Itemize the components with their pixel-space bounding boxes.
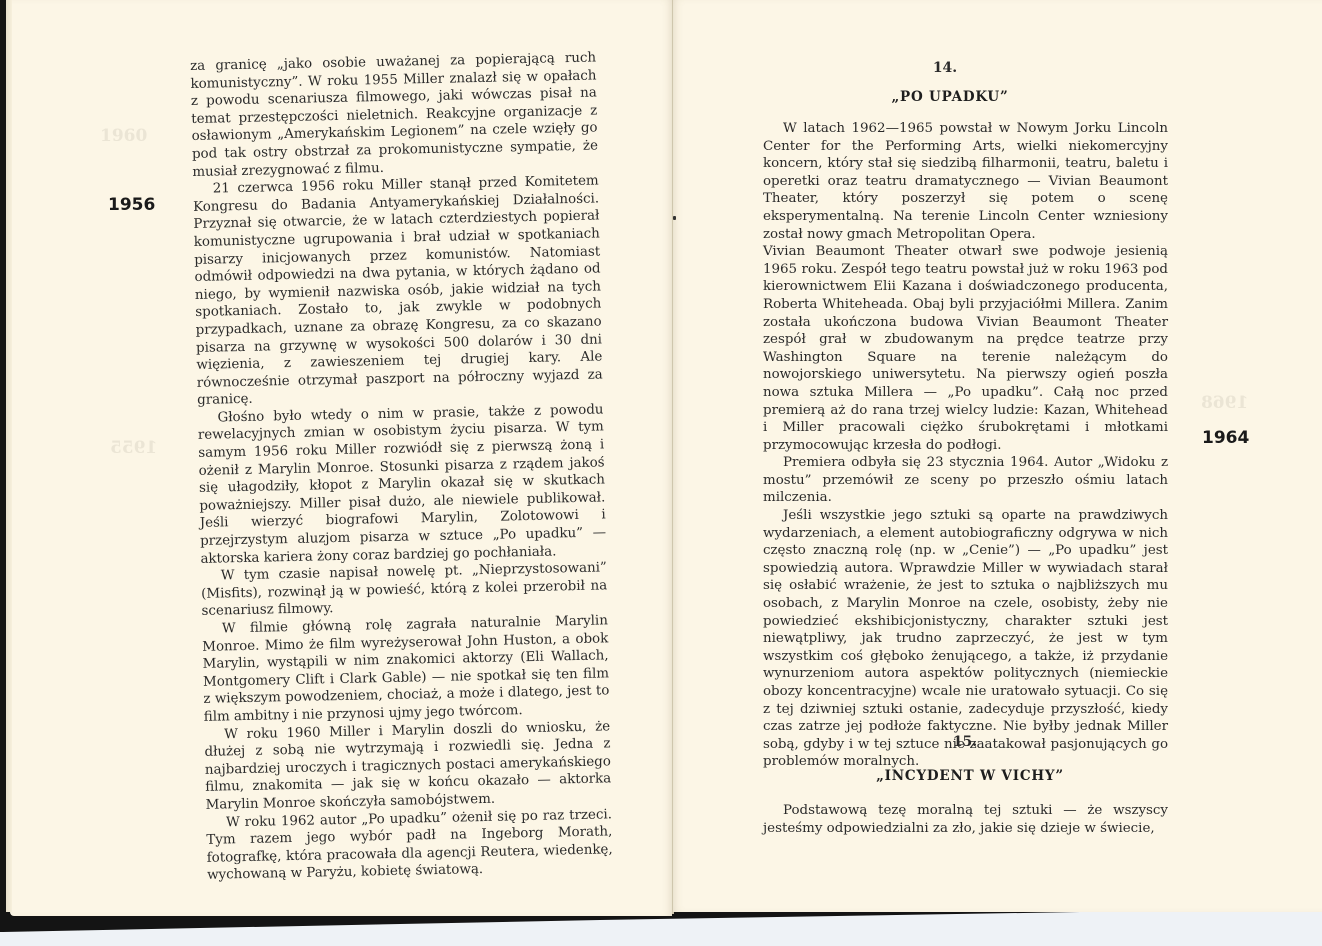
right-page-text-column: W latach 1962—1965 powstał w Nowym Jorku… [763, 120, 1168, 771]
show-through-year: 1960 [100, 128, 147, 145]
show-through-year: 1968 [1201, 395, 1248, 412]
paragraph: Premiera odbyła się 23 stycznia 1964. Au… [763, 454, 1168, 507]
paragraph: Jeśli wszystkie jego sztuki są oparte na… [763, 507, 1168, 771]
paragraph: za granicę „jako osobie uważanej za popi… [190, 49, 598, 181]
paragraph: Podstawową tezę moralną tej sztuki — że … [763, 802, 1168, 837]
paragraph: W tym czasie napisał nowelę pt. „Nieprzy… [201, 560, 608, 621]
paragraph: W latach 1962—1965 powstał w Nowym Jorku… [763, 120, 1168, 243]
paragraph: Głośno było wtedy o nim w prasie, także … [197, 401, 606, 568]
paragraph: Vivian Beaumont Theater otwarł swe podwo… [763, 243, 1168, 454]
show-through-year: 1955 [110, 440, 157, 457]
paragraph: W roku 1962 autor „Po upadku” ożenił się… [206, 806, 613, 885]
chapter-number: 14. [925, 60, 965, 76]
paper-speck [673, 216, 676, 220]
paragraph: W roku 1960 Miller i Marylin doszli do w… [204, 718, 612, 814]
margin-year-label: 1956 [108, 195, 155, 215]
right-page-text-column-continued: Podstawową tezę moralną tej sztuki — że … [763, 802, 1168, 837]
margin-year-label: 1964 [1202, 428, 1249, 448]
chapter-number: 15. [945, 734, 985, 750]
paragraph: W filmie główną rolę zagrała naturalnie … [202, 612, 610, 726]
paragraph: 21 czerwca 1956 roku Miller stanął przed… [193, 173, 604, 410]
chapter-title: „PO UPADKU” [840, 89, 1060, 105]
chapter-title: „INCYDENT W VICHY” [850, 768, 1090, 784]
left-page-text-column: za granicę „jako osobie uważanej za popi… [190, 49, 613, 884]
